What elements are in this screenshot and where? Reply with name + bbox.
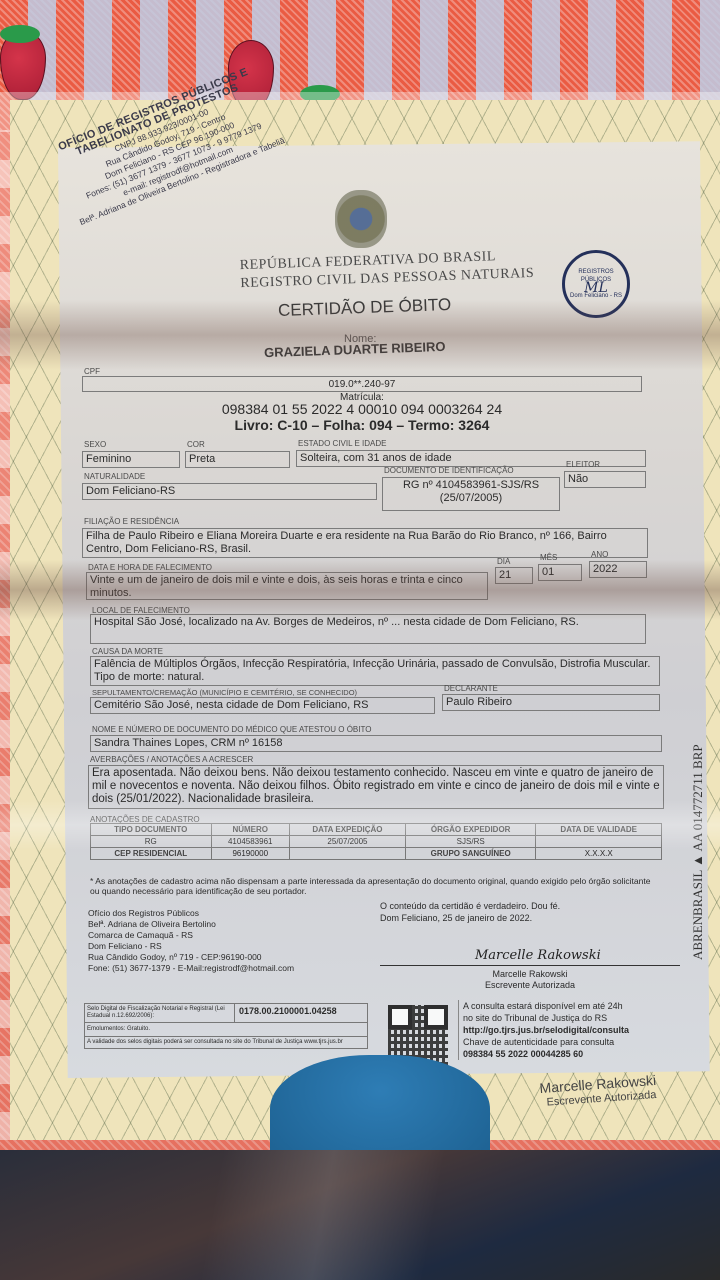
day-label: DIA: [497, 557, 510, 566]
sex-label: SEXO: [84, 440, 106, 449]
registry-notes-table: TIPO DOCUMENTO NÚMERO DATA EXPEDIÇÃO ÓRG…: [90, 823, 662, 860]
dark-plastic-bag: [0, 1150, 720, 1280]
strawberry-leaf: [0, 25, 40, 43]
cause-of-death-value: Falência de Múltiplos Órgãos, Infecção R…: [90, 656, 660, 686]
burial-value: Cemitério São José, nesta cidade de Dom …: [90, 697, 435, 714]
death-datetime-label: DATA E HORA DE FALECIMENTO: [88, 563, 212, 572]
month-label: MÊS: [540, 553, 557, 562]
month-value: 01: [538, 564, 582, 581]
signature-line: [380, 965, 680, 966]
table-header-row: TIPO DOCUMENTO NÚMERO DATA EXPEDIÇÃO ÓRG…: [91, 824, 662, 836]
annotations-value: Era aposentada. Não deixou bens. Não dei…: [88, 765, 664, 809]
digital-seal-code: 0178.00.2100001.04258: [235, 1004, 367, 1022]
verification-info: A consulta estará disponível em até 24h …: [458, 1000, 708, 1060]
verification-url[interactable]: http://go.tjrs.jus.br/selodigital/consul…: [463, 1024, 708, 1036]
death-place-value: Hospital São José, localizado na Av. Bor…: [90, 614, 646, 644]
physician-value: Sandra Thaines Lopes, CRM nº 16158: [90, 735, 662, 752]
birthplace-label: NATURALIDADE: [84, 472, 145, 481]
burial-label: SEPULTAMENTO/CREMAÇÃO (MUNICÍPIO E CEMIT…: [92, 688, 357, 697]
table-row: RG 4104583961 25/07/2005 SJS/RS: [91, 836, 662, 848]
declarant-label: DECLARANTE: [444, 684, 498, 693]
brazil-coat-of-arms-icon: [335, 190, 387, 248]
table-row: CEP RESIDENCIAL 96190000 GRUPO SANGUÍNEO…: [91, 848, 662, 860]
color-label: COR: [187, 440, 205, 449]
handwritten-signature: Marcelle Rakowski: [475, 948, 601, 963]
id-document-value: RG nº 4104583961-SJS/RS (25/07/2005): [382, 477, 560, 511]
voter-value: Não: [564, 471, 646, 488]
marital-status-label: ESTADO CIVIL E IDADE: [298, 439, 386, 448]
authenticity-key: 098384 55 2022 00044285 60: [463, 1048, 708, 1060]
annotations-label: AVERBAÇÕES / ANOTAÇÕES A ACRESCER: [90, 755, 253, 764]
year-value: 2022: [589, 561, 647, 578]
digital-seal-box: Selo Digital de Fiscalização Notarial e …: [84, 1003, 368, 1049]
parentage-label: FILIAÇÃO E RESIDÊNCIA: [84, 517, 179, 526]
registry-notes-disclaimer: * As anotações de cadastro acima não dis…: [90, 876, 662, 896]
voter-label: ELEITOR: [566, 460, 600, 469]
sex-value: Feminino: [82, 451, 180, 468]
cpf-label: CPF: [84, 367, 100, 376]
office-footer: Ofício dos Registros Públicos Belª. Adri…: [88, 908, 294, 974]
matricula-value: 098384 01 55 2022 4 00010 094 0003264 24: [82, 401, 642, 417]
attestation: O conteúdo da certidão é verdadeiro. Dou…: [380, 900, 560, 924]
birthplace-value: Dom Feliciano-RS: [82, 483, 377, 500]
day-value: 21: [495, 567, 533, 584]
color-value: Preta: [185, 451, 290, 468]
signer-block: Marcelle Rakowski Escrevente Autorizada: [440, 969, 620, 991]
death-datetime-value: Vinte e um de janeiro de dois mil e vint…: [86, 572, 488, 600]
id-document-label: DOCUMENTO DE IDENTIFICAÇÃO: [384, 466, 514, 475]
physician-label: NOME E NÚMERO DE DOCUMENTO DO MÉDICO QUE…: [92, 725, 371, 734]
book-page-term: Livro: C-10 – Folha: 094 – Termo: 3264: [82, 417, 642, 433]
year-label: ANO: [591, 550, 608, 559]
parentage-value: Filha de Paulo Ribeiro e Eliana Moreira …: [82, 528, 648, 558]
declarant-value: Paulo Ribeiro: [442, 694, 660, 711]
cpf-value: 019.0**.240-97: [82, 376, 642, 392]
cause-of-death-label: CAUSA DA MORTE: [92, 647, 163, 656]
registry-seal-stamp: REGISTROS PÚBLICOS ML Dom Feliciano - RS: [562, 250, 630, 318]
paper-serial-number: ABRENBRASIL ▲ AA 014772711 BRP: [690, 744, 706, 960]
